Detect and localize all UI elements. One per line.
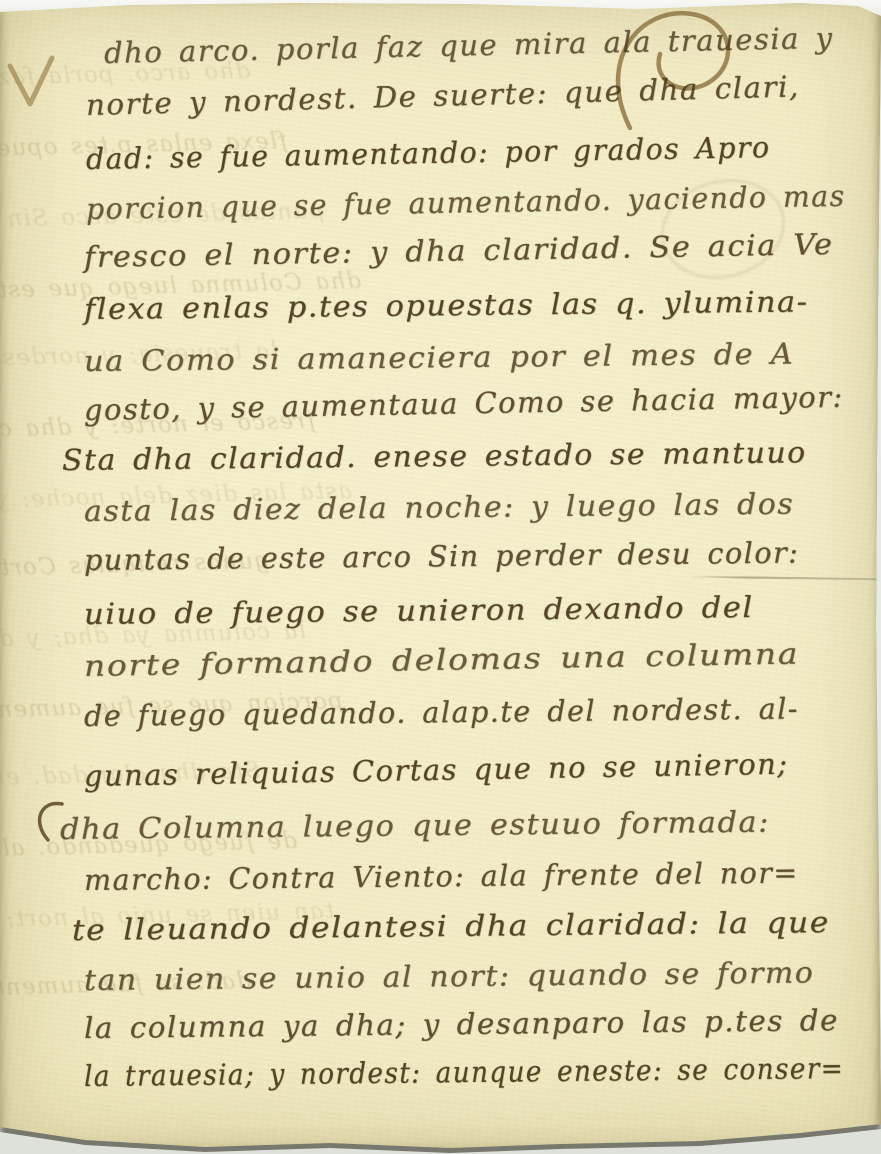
manuscript-line: gunas reliquias Cortas que no se unieron… [84,747,789,793]
paper-crease [688,576,881,581]
manuscript-line: gosto, y se aumentaua Como se hacia mayo… [84,380,844,427]
manuscript-line: puntas de este arco Sin perder desu colo… [84,536,800,577]
manuscript-line: la columna ya dha; y desanparo las p.tes… [84,1003,839,1045]
manuscript-line: asta las diez dela noche: y luego las do… [84,487,795,528]
manuscript-line: ua Como si amaneciera por el mes de A [84,337,794,378]
manuscript-line: marcho: Contra Viento: ala frente del no… [84,856,799,897]
manuscript-line: tan uien se unio al nort: quando se form… [84,955,815,997]
manuscript-line: de fuego quedando. alap.te del nordest. … [84,692,799,733]
manuscript-line: Sta dha claridad. enese estado se mantuu… [62,435,807,477]
manuscript-line: dha Columna luego que estuuo formada: [60,805,770,846]
manuscript-line: uiuo de fuego se unieron dexando del [84,590,754,631]
scanned-page: dho arco. porla faz que mira ala trauesi… [0,0,881,1154]
manuscript-line: la trauesia; y nordest: aunque eneste: s… [84,1051,844,1093]
manuscript-line: te lleuando delantesi dha claridad: la q… [72,905,830,947]
manuscript-paper: dho arco. porla faz que mira ala trauesi… [0,0,881,1154]
manuscript-line: flexa enlas p.tes opuestas las q. ylumin… [84,284,809,326]
manuscript-line: dho arco. porla faz que mira ala trauesi… [104,21,834,70]
